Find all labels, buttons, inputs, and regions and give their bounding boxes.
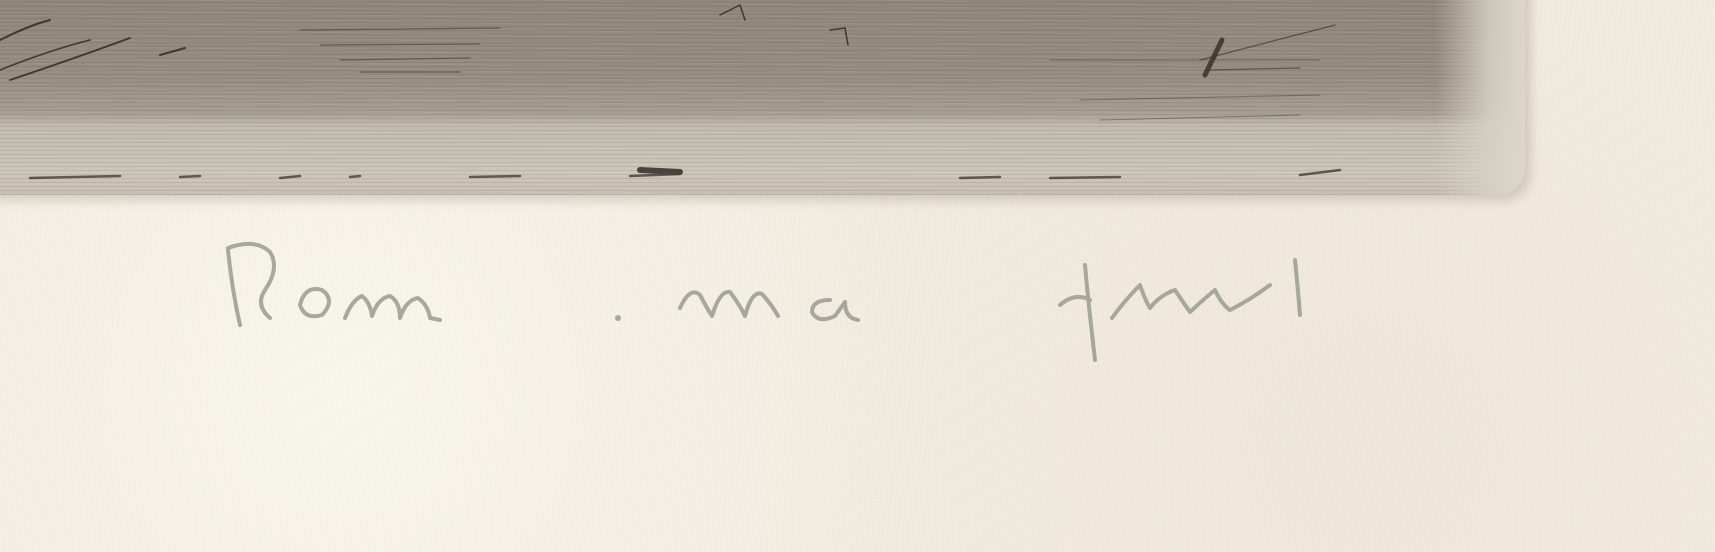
- pencil-signature: [0, 0, 1715, 552]
